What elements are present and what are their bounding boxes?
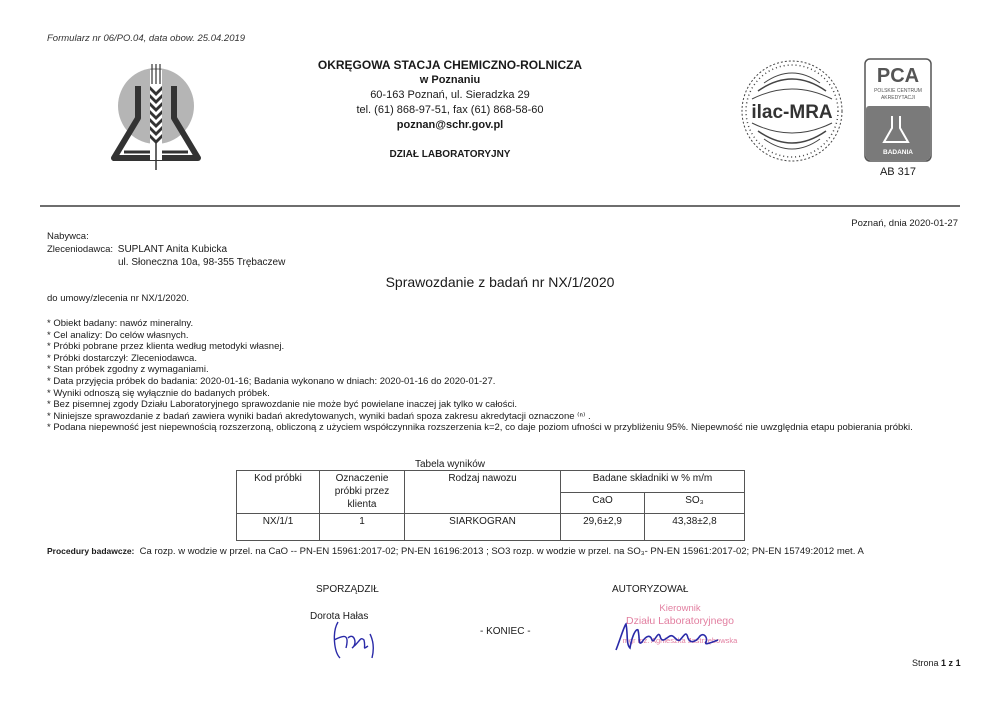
svg-text:PCA: PCA [877, 65, 919, 87]
svg-text:AKREDYTACJI: AKREDYTACJI [881, 95, 915, 101]
cell-so3: 43,38±2,8 [645, 514, 745, 541]
header-fertilizer-type: Rodzaj nawozu [405, 471, 561, 514]
note-item: * Obiekt badany: nawóz mineralny. [47, 318, 913, 330]
note-item: * Próbki pobrane przez klienta według me… [47, 341, 913, 353]
cell-client-mark: 1 [320, 514, 405, 541]
buyer-label: Nabywca: [47, 230, 89, 243]
organization-header: OKRĘGOWA STACJA CHEMICZNO-ROLNICZA w Poz… [300, 58, 600, 162]
station-logo-icon [108, 62, 204, 172]
procedures-label: Procedury badawcze: [47, 546, 134, 556]
note-item: * Stan próbek zgodny z wymaganiami. [47, 364, 913, 376]
svg-text:ilac-MRA: ilac-MRA [751, 102, 833, 123]
header-so3: SO₃ [645, 492, 745, 514]
contract-reference: do umowy/zlecenia nr NX/1/2020. [47, 293, 189, 304]
client-label: Zleceniodawca: [47, 243, 115, 256]
svg-text:POLSKIE CENTRUM: POLSKIE CENTRUM [874, 88, 922, 94]
authorized-signature-icon [612, 620, 722, 659]
svg-text:BADANIA: BADANIA [883, 149, 913, 156]
page-total: 1 [956, 658, 961, 668]
cell-cao: 29,6±2,9 [561, 514, 645, 541]
pca-accreditation-logo-icon: PCA POLSKIE CENTRUM AKREDYTACJI BADANIA [864, 58, 932, 162]
organization-department: DZIAŁ LABORATORYJNY [300, 147, 600, 162]
note-item: * Cel analizy: Do celów własnych. [47, 330, 913, 342]
note-item: * Wyniki odnoszą się wyłącznie do badany… [47, 388, 913, 400]
header-components: Badane składniki w % m/m [561, 471, 745, 493]
organization-phone: tel. (61) 868-97-51, fax (61) 868-58-60 [300, 103, 600, 118]
note-item: * Bez pisemnej zgody Działu Laboratoryjn… [47, 399, 913, 411]
form-number: Formularz nr 06/PO.04, data obow. 25.04.… [47, 33, 245, 44]
report-notes: * Obiekt badany: nawóz mineralny. * Cel … [47, 318, 913, 434]
organization-email: poznan@schr.gov.pl [300, 118, 600, 133]
report-title: Sprawozdanie z badań nr NX/1/2020 [0, 274, 1000, 290]
client-block: Zleceniodawca: SUPLANT Anita Kubicka ul.… [47, 243, 285, 269]
procedures-text: Ca rozp. w wodzie w przel. na CaO -- PN-… [140, 546, 864, 557]
header-divider [40, 205, 960, 207]
ilac-mra-logo-icon: ilac-MRA [738, 57, 846, 165]
accreditation-number: AB 317 [864, 166, 932, 178]
organization-address: 60-163 Poznań, ul. Sieradzka 29 [300, 88, 600, 103]
header-client-mark: Oznaczenie próbki przez klienta [320, 471, 405, 514]
note-item: * Próbki dostarczył: Zleceniodawca. [47, 353, 913, 365]
organization-name: OKRĘGOWA STACJA CHEMICZNO-ROLNICZA [300, 58, 600, 73]
note-item: * Podana niepewność jest niepewnością ro… [47, 422, 913, 434]
header-cao: CaO [561, 492, 645, 514]
cell-fertilizer-type: SIARKOGRAN [405, 514, 561, 541]
table-caption: Tabela wyników [400, 459, 500, 470]
end-marker: - KONIEC - [480, 626, 531, 637]
cell-sample-code: NX/1/1 [237, 514, 320, 541]
organization-city: w Poznaniu [300, 73, 600, 88]
note-item: * Data przyjęcia próbek do badania: 2020… [47, 376, 913, 388]
note-item: * Niniejsze sprawozdanie z badań zawiera… [47, 411, 913, 423]
page-separator: z [946, 658, 956, 668]
page-prefix: Strona [912, 658, 941, 668]
place-date: Poznań, dnia 2020-01-27 [851, 218, 958, 229]
table-row: NX/1/1 1 SIARKOGRAN 29,6±2,9 43,38±2,8 [237, 514, 745, 541]
prepared-by-label: SPORZĄDZIŁ [316, 584, 379, 595]
client-address: ul. Słoneczna 10a, 98-355 Trębaczew [47, 256, 285, 269]
authorized-by-label: AUTORYZOWAŁ [612, 584, 689, 595]
header-sample-code: Kod próbki [237, 471, 320, 514]
page-number: Strona 1 z 1 [912, 658, 961, 668]
test-procedures: Procedury badawcze: Ca rozp. w wodzie w … [47, 546, 864, 557]
client-name: SUPLANT Anita Kubicka [118, 244, 227, 255]
stamp-title: Kierownik [600, 603, 760, 615]
prepared-signature-icon [330, 618, 380, 667]
results-table: Kod próbki Oznaczenie próbki przez klien… [236, 470, 745, 541]
